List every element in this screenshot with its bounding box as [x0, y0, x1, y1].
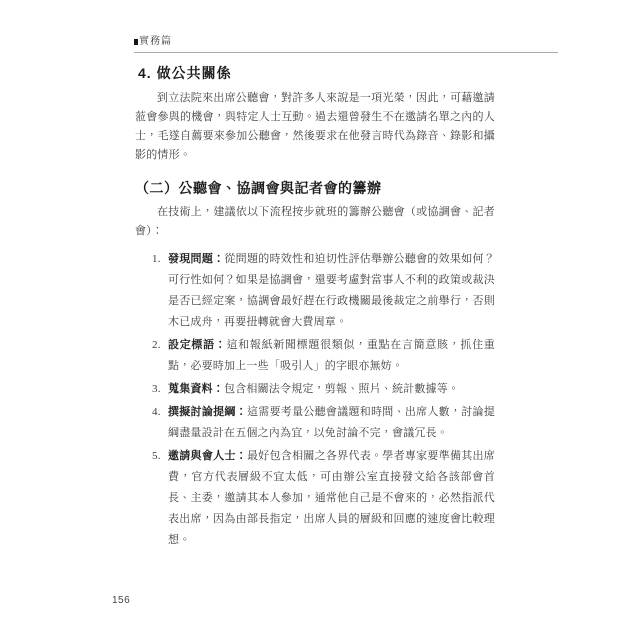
step-number: 5.: [152, 446, 161, 467]
header-tick-icon: [134, 39, 138, 45]
step-item-4: 4.撰擬討論提綱：這需要考量公聽會議題和時間、出席人數，討論提綱盡量設計在五個之…: [135, 402, 495, 444]
step-item-1: 1.發現問題：從問題的時效性和迫切性評估舉辦公聽會的效果如何？可行性如何？如果是…: [135, 249, 495, 333]
steps-list: 1.發現問題：從問題的時效性和迫切性評估舉辦公聽會的效果如何？可行性如何？如果是…: [135, 249, 495, 551]
section-4-paragraph: 到立法院來出席公聽會，對許多人來說是一項光榮，因此，可藉邀請蒞會參與的機會，與特…: [135, 89, 495, 165]
step-label: 發現問題：: [168, 253, 224, 265]
step-number: 3.: [152, 379, 161, 400]
book-page: 實務篇 4. 做公共關係 到立法院來出席公聽會，對許多人來說是一項光榮，因此，可…: [0, 0, 640, 640]
running-head-label: 實務篇: [139, 36, 172, 47]
step-item-2: 2.設定標語：這和報紙新聞標題很類似，重點在言簡意賅，抓住重點，必要時加上一些「…: [135, 335, 495, 377]
step-label: 邀請與會人士：: [168, 450, 247, 462]
step-number: 2.: [152, 335, 161, 356]
step-label: 撰擬討論提綱：: [168, 406, 247, 418]
step-item-3: 3.蒐集資料：包含相關法令規定，剪報、照片、統計數據等。: [135, 379, 495, 400]
section-heading-2: （二）公聽會、協調會與記者會的籌辦: [135, 178, 495, 198]
section-heading-4: 4. 做公共關係: [138, 64, 495, 82]
step-text: 包含相關法令規定，剪報、照片、統計數據等。: [224, 383, 459, 395]
section-2-intro-paragraph: 在技術上，建議依以下流程按步就班的籌辦公聽會（或協調會、記者會）：: [135, 203, 495, 241]
page-body: 4. 做公共關係 到立法院來出席公聽會，對許多人來說是一項光榮，因此，可藉邀請蒞…: [135, 58, 495, 553]
step-number: 1.: [152, 249, 161, 270]
page-number: 156: [112, 595, 130, 606]
step-label: 蒐集資料：: [168, 383, 224, 395]
step-number: 4.: [152, 402, 161, 423]
step-label: 設定標語：: [168, 339, 226, 351]
step-item-5: 5.邀請與會人士：最好包含相關之各界代表。學者專家要準備其出席費，官方代表層級不…: [135, 446, 495, 551]
step-text: 最好包含相關之各界代表。學者專家要準備其出席費，官方代表層級不宜太低，可由辦公室…: [168, 450, 495, 546]
running-head: 實務篇: [134, 31, 558, 53]
